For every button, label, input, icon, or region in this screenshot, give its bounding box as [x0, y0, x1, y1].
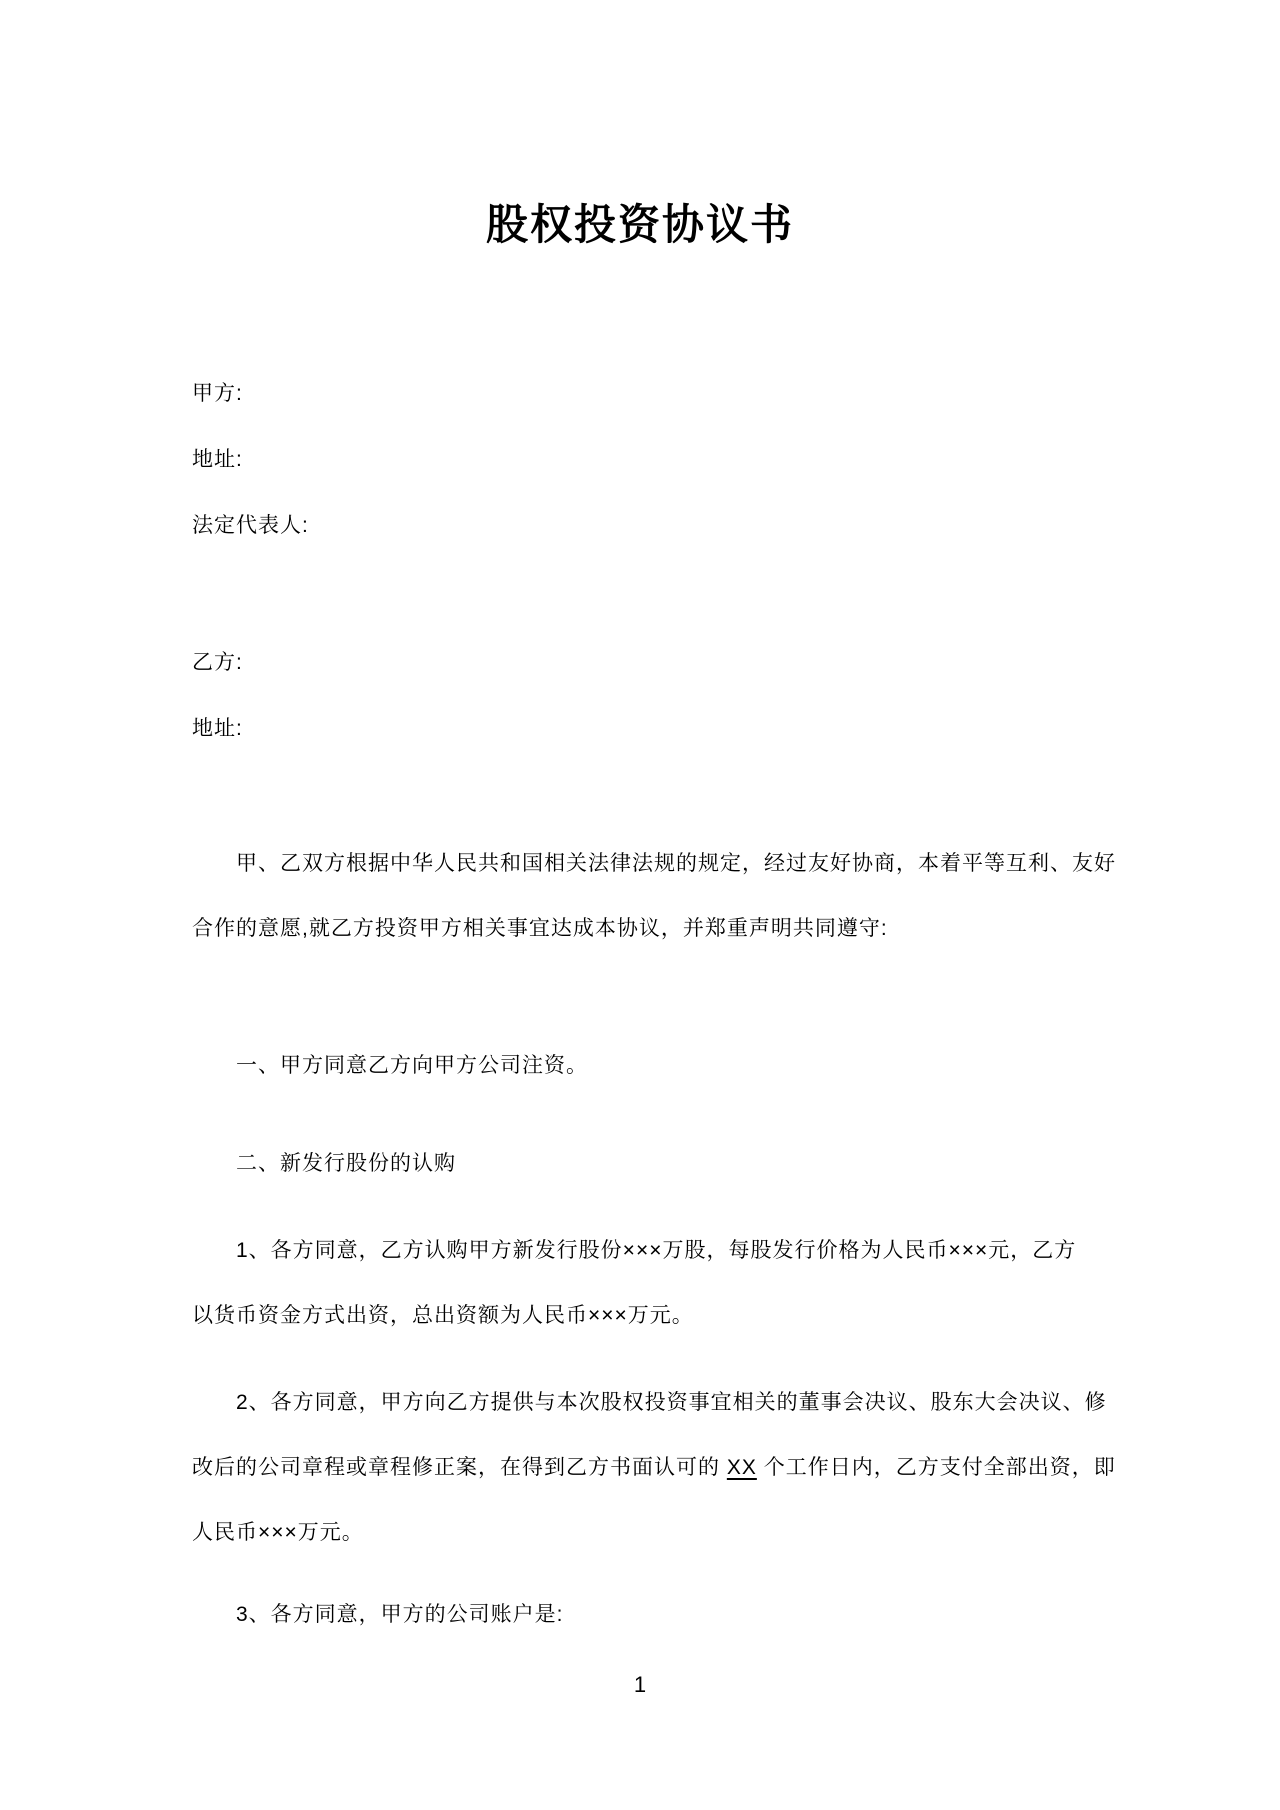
preamble-line-1: 甲、乙双方根据中华人民共和国相关法律法规的规定，经过友好协商，本着平等互利、友好: [236, 851, 1116, 877]
preamble-line-2: 合作的意愿,就乙方投资甲方相关事宜达成本协议，并郑重声明共同遵守:: [192, 916, 888, 942]
item-2-line-1: 2、各方同意，甲方向乙方提供与本次股权投资事宜相关的董事会决议、股东大会决议、修: [236, 1390, 1107, 1416]
page-number: 1: [0, 1672, 1280, 1698]
item-3: 3、各方同意，甲方的公司账户是:: [236, 1602, 564, 1628]
item-2-line-3: 人民币×××万元。: [192, 1520, 364, 1546]
party-b-name-label: 乙方:: [192, 650, 243, 676]
item-2-line-2-blank-underlined: XX: [727, 1456, 757, 1479]
clause-2-heading: 二、新发行股份的认购: [236, 1151, 456, 1177]
document-page: 股权投资协议书 甲方: 地址: 法定代表人: 乙方: 地址: 甲、乙双方根据中华…: [0, 0, 1280, 1810]
clause-1: 一、甲方同意乙方向甲方公司注资。: [236, 1053, 588, 1079]
item-2-line-2: 改后的公司章程或章程修正案，在得到乙方书面认可的 XX 个工作日内，乙方支付全部…: [192, 1455, 1116, 1481]
party-a-address-label: 地址:: [192, 447, 243, 473]
document-title: 股权投资协议书: [0, 202, 1280, 248]
item-1-line-1: 1、各方同意，乙方认购甲方新发行股份×××万股，每股发行价格为人民币×××元，乙…: [236, 1238, 1076, 1264]
item-2-line-2-pre: 改后的公司章程或章程修正案，在得到乙方书面认可的: [192, 1456, 727, 1479]
party-b-address-label: 地址:: [192, 716, 243, 742]
party-a-name-label: 甲方:: [192, 381, 243, 407]
party-a-legal-rep-label: 法定代表人:: [192, 513, 309, 539]
item-2-line-2-post: 个工作日内，乙方支付全部出资，即: [757, 1456, 1116, 1479]
item-1-line-2: 以货币资金方式出资，总出资额为人民币×××万元。: [192, 1303, 694, 1329]
